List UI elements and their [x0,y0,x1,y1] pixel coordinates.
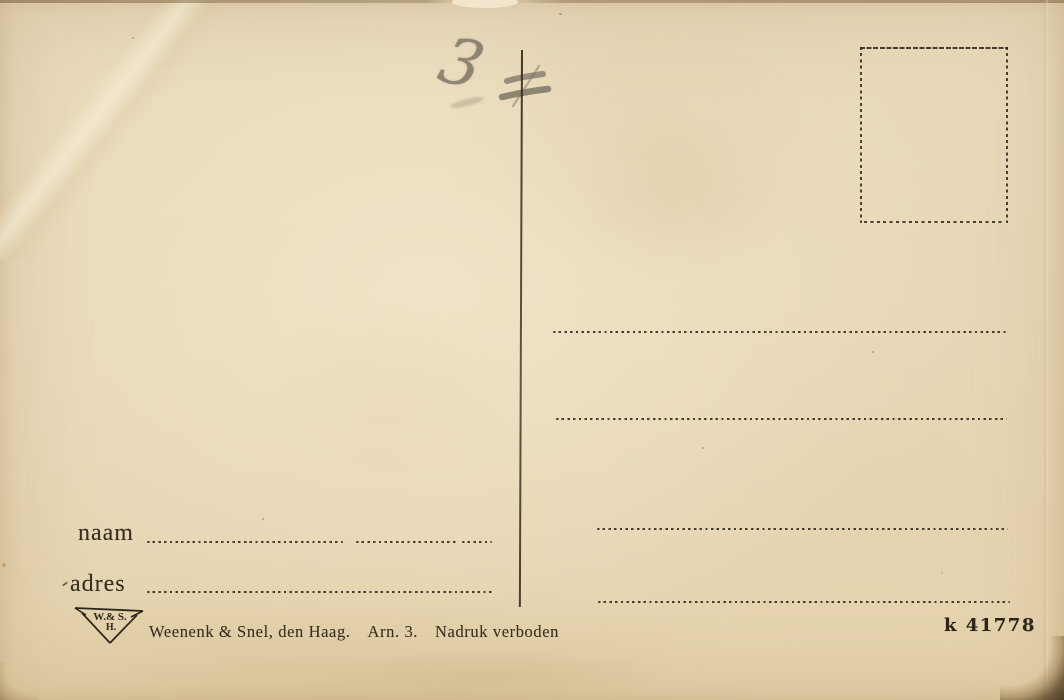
card-top-edge [0,0,1064,3]
address-dotted-line [598,601,1010,603]
name-label: naam [78,520,134,547]
stamp-box [860,47,1008,223]
worn-spot [452,0,518,8]
paper-stain [340,650,660,700]
divider-line [519,50,523,607]
imprint-line: Weenenk & Snel, den Haag.Arn. 3.Nadruk v… [149,622,559,642]
imprint-notice: Nadruk verboden [435,622,559,641]
handwritten-pencil-number: 3 [432,29,490,100]
stamp-box-border [1006,47,1008,223]
worn-corner-bottom-right [1000,636,1064,700]
paper-speck [132,37,134,39]
paper-speck [872,351,874,353]
address-dotted-line [556,418,1007,420]
handwritten-pencil-scribble [497,60,555,110]
worn-corner-bottom-left [0,662,38,700]
stamp-box-border [860,47,1008,49]
paper-stain [560,110,790,280]
paper-stain [250,300,530,500]
address-label: adres [70,571,126,598]
paper-speck [559,13,562,15]
serial-number: k 41778 [944,615,1036,636]
logo-initials-bottom: H. [106,622,117,633]
name-dotted-line [147,541,343,543]
paper-speck [702,447,704,449]
paper-speck [941,572,943,574]
paper-crease [0,0,300,260]
print-artifact [62,581,68,586]
imprint-publisher: Weenenk & Snel, den Haag. [149,622,351,641]
paper-crease-right [1044,0,1048,700]
address-dotted-line [553,331,1008,333]
name-dotted-line [462,541,492,543]
imprint-series: Arn. 3. [368,622,419,641]
paper-speck [262,518,264,520]
address-dotted-line-left [147,591,492,593]
stamp-box-border [860,47,862,223]
stamp-box-border [864,221,1004,223]
postcard-back: 3 naam adres W.& S. H. Weenenk & Snel, d… [0,0,1064,700]
address-dotted-line [597,528,1008,530]
publisher-logo: W.& S. H. [73,602,151,646]
paper-speck [2,563,6,567]
name-dotted-line [356,541,456,543]
